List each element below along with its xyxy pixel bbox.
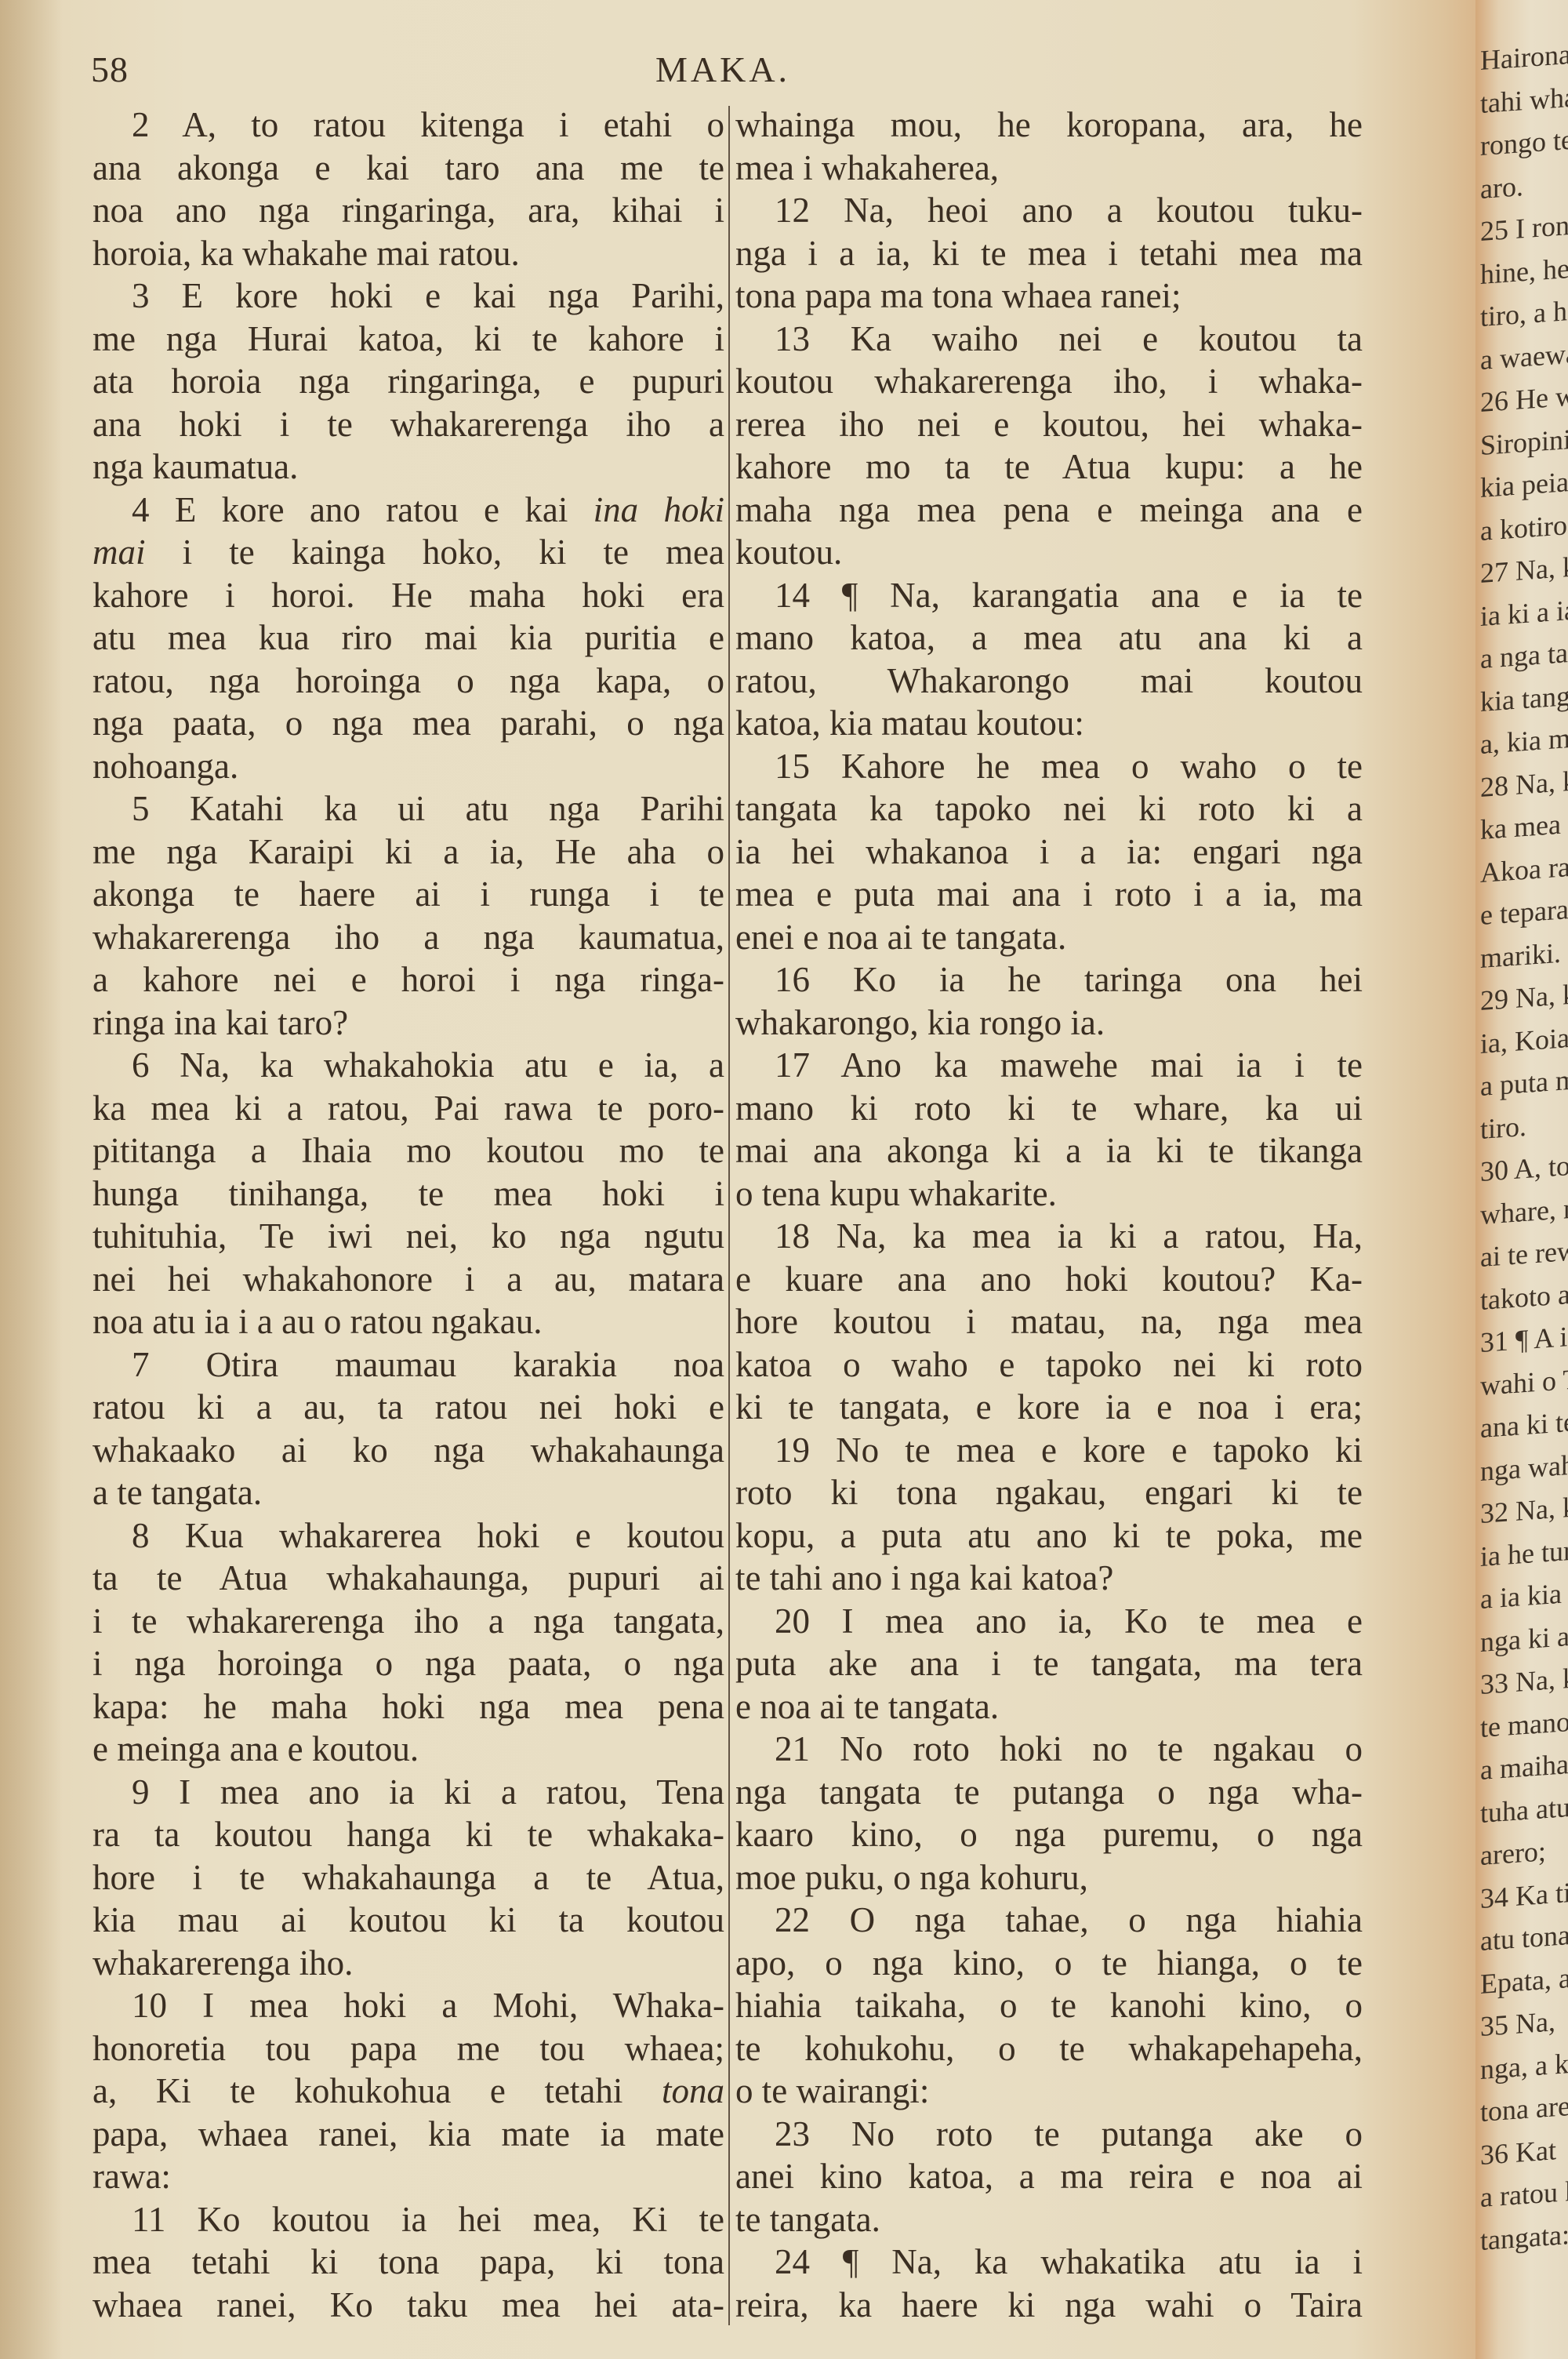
line-text: 3 E kore hoki e kai nga Parihi, <box>132 276 724 315</box>
text-line: 15 Kahore he mea o waho o te <box>735 745 1363 788</box>
text-line: whakarerenga iho a nga kaumatua, <box>93 916 724 959</box>
line-text: 24 ¶ Na, ka whakatika atu ia i <box>775 2242 1363 2281</box>
text-line: 19 No te mea e kore e tapoko ki <box>735 1429 1363 1472</box>
line-text: 5 Katahi ka ui atu nga Parihi <box>132 789 724 828</box>
text-line: 8 Kua whakarerea hoki e koutou <box>93 1514 724 1558</box>
text-line: 5 Katahi ka ui atu nga Parihi <box>93 787 724 831</box>
text-line: tuhituhia, Te iwi nei, ko nga ngutu <box>93 1215 724 1258</box>
right-text-column: whainga mou, he koropana, ara, hemea i w… <box>735 104 1363 2326</box>
line-text: 20 I mea ano ia, Ko te mea e <box>775 1601 1363 1641</box>
facing-page-line: Hairona, a t <box>1480 27 1568 82</box>
text-line: me nga Hurai katoa, ki te kahore i <box>93 318 724 361</box>
line-text: atu mea kua riro mai kia puritia e <box>93 618 724 657</box>
line-text: mai ana akonga ki a ia ki te tikanga <box>735 1131 1363 1170</box>
text-line: mai ana akonga ki a ia ki te tikanga <box>735 1129 1363 1172</box>
text-line: maha nga mea pena e meinga ana e <box>735 489 1363 532</box>
facing-page-edge: Hairona, a ttahi whare, krongo tetahi ta… <box>1475 0 1568 2359</box>
line-text: kopu, a puta atu ano ki te poka, me <box>735 1516 1363 1555</box>
line-text: ringa ina kai taro? <box>93 1003 348 1042</box>
line-text: akonga te haere ai i runga i te <box>93 874 724 914</box>
line-text: 13 Ka waiho nei e koutou ta <box>775 319 1363 358</box>
text-line: nei hei whakahonore i a au, matara <box>93 1258 724 1301</box>
line-text: a kahore nei e horoi i nga ringa- <box>93 960 724 999</box>
text-line: 9 I mea ano ia ki a ratou, Tena <box>93 1771 724 1814</box>
text-line: e noa ai te tangata. <box>735 1685 1363 1728</box>
text-line: 10 I mea hoki a Mohi, Whaka- <box>93 1984 724 2027</box>
text-line: a kahore nei e horoi i nga ringa- <box>93 958 724 1001</box>
line-text: ratou ki a au, ta ratou nei hoki e <box>93 1387 724 1427</box>
line-text: whaea ranei, Ko taku mea hei ata- <box>93 2285 724 2324</box>
text-line: katoa, kia matau koutou: <box>735 702 1363 745</box>
text-line: whakarongo, kia rongo ia. <box>735 1001 1363 1045</box>
line-text: te kohukohu, o te whakapehapeha, <box>735 2029 1363 2068</box>
text-line: i te whakarerenga iho a nga tangata, <box>93 1600 724 1643</box>
line-text: o te wairangi: <box>735 2071 929 2110</box>
page-gutter-shadow <box>0 0 63 2359</box>
text-line: tangata ka tapoko nei ki roto ki a <box>735 787 1363 831</box>
line-text: mea e puta mai ana i roto i a ia, ma <box>735 874 1363 914</box>
line-text: tangata ka tapoko nei ki roto ki a <box>735 789 1363 828</box>
line-text: 4 E kore ano ratou e kai <box>132 490 593 529</box>
line-text: honoretia tou papa me tou whaea; <box>93 2029 724 2068</box>
line-text: 15 Kahore he mea o waho o te <box>775 747 1363 786</box>
line-text: koutou whakarerenga iho, i whaka- <box>735 362 1363 401</box>
text-line: 12 Na, heoi ano a koutou tuku- <box>735 189 1363 232</box>
text-line: kahore mo ta te Atua kupu: a he <box>735 445 1363 489</box>
line-text: e meinga ana e koutou. <box>93 1729 419 1768</box>
text-line: rerea iho nei e koutou, hei whaka- <box>735 403 1363 446</box>
line-text: mea tetahi ki tona papa, ki tona <box>93 2242 724 2281</box>
text-line: anei kino katoa, a ma reira e noa ai <box>735 2155 1363 2198</box>
text-line: 7 Otira maumau karakia noa <box>93 1343 724 1387</box>
line-text: 10 I mea hoki a Mohi, Whaka- <box>132 1986 724 2025</box>
line-text: maha nga mea pena e meinga ana e <box>735 490 1363 529</box>
line-text: nga i a ia, ki te mea i tetahi mea ma <box>735 234 1363 273</box>
line-text: anei kino katoa, a ma reira e noa ai <box>735 2157 1363 2196</box>
text-line: koutou whakarerenga iho, i whaka- <box>735 360 1363 403</box>
line-text: 19 No te mea e kore e tapoko ki <box>775 1430 1363 1470</box>
line-text: 11 Ko koutou ia hei mea, Ki te <box>132 2200 724 2239</box>
line-text: hore koutou i matau, na, nga mea <box>735 1302 1363 1341</box>
text-line: nga tangata te putanga o nga wha- <box>735 1771 1363 1814</box>
line-text: 21 No roto hoki no te ngakau o <box>775 1729 1363 1768</box>
line-text: kahore mo ta te Atua kupu: a he <box>735 447 1363 486</box>
text-line: pititanga a Ihaia mo koutou mo te <box>93 1129 724 1172</box>
text-line: te tangata. <box>735 2198 1363 2241</box>
text-line: nga i a ia, ki te mea i tetahi mea ma <box>735 232 1363 275</box>
text-line: honoretia tou papa me tou whaea; <box>93 2027 724 2070</box>
italic-text: mai <box>93 533 146 572</box>
line-text: hiahia taikaha, o te kanohi kino, o <box>735 1986 1363 2025</box>
line-text: horoia, ka whakahe mai ratou. <box>93 234 520 273</box>
line-text: nga paata, o nga mea parahi, o nga <box>93 703 724 743</box>
text-line: hunga tinihanga, te mea hoki i <box>93 1172 724 1216</box>
line-text: katoa o waho e tapoko nei ki roto <box>735 1345 1363 1384</box>
text-line: hore koutou i matau, na, nga mea <box>735 1300 1363 1343</box>
line-text: hunga tinihanga, te mea hoki i <box>93 1174 724 1213</box>
line-text: nga kaumatua. <box>93 447 298 486</box>
text-line: 16 Ko ia he taringa ona hei <box>735 958 1363 1001</box>
text-line: papa, whaea ranei, kia mate ia mate <box>93 2113 724 2156</box>
line-text: a te tangata. <box>93 1473 262 1512</box>
line-text: i te kainga hoko, ki te mea <box>146 533 725 572</box>
line-text: tuhituhia, Te iwi nei, ko nga ngutu <box>93 1216 724 1256</box>
line-text: ki te tangata, e kore ia e noa i era; <box>735 1387 1363 1427</box>
text-line: ia hei whakanoa i a ia: engari nga <box>735 831 1363 874</box>
line-text: kia mau ai koutou ki ta koutou <box>93 1900 724 1939</box>
text-line: 4 E kore ano ratou e kai ina hoki <box>93 489 724 532</box>
line-text: enei e noa ai te tangata. <box>735 918 1066 957</box>
text-line: atu mea kua riro mai kia puritia e <box>93 616 724 660</box>
line-text: mea i whakaherea, <box>735 148 999 187</box>
line-text: 23 No roto te putanga ake o <box>775 2114 1363 2154</box>
text-line: nohoanga. <box>93 745 724 788</box>
text-line: reira, ka haere ki nga wahi o Taira <box>735 2284 1363 2327</box>
text-line: 6 Na, ka whakahokia atu e ia, a <box>93 1044 724 1087</box>
line-text: e kuare ana ano hoki koutou? Ka- <box>735 1259 1363 1299</box>
text-line: tona papa ma tona whaea ranei; <box>735 274 1363 318</box>
text-line: mai i te kainga hoko, ki te mea <box>93 531 724 574</box>
text-line: ratou, nga horoinga o nga kapa, o <box>93 660 724 703</box>
text-line: noa atu ia i a au o ratou ngakau. <box>93 1300 724 1343</box>
line-text: ka mea ki a ratou, Pai rawa te poro- <box>93 1089 724 1128</box>
line-text: 8 Kua whakarerea hoki e koutou <box>132 1516 724 1555</box>
left-text-column: 2 A, to ratou kitenga i etahi oana akong… <box>93 104 724 2326</box>
page-number: 58 <box>91 49 129 90</box>
text-line: kahore i horoi. He maha hoki era <box>93 574 724 617</box>
text-line: ana hoki i te whakarerenga iho a <box>93 403 724 446</box>
line-text: 17 Ano ka mawehe mai ia i te <box>775 1045 1363 1085</box>
line-text: koutou. <box>735 533 842 572</box>
book-page-58: 58 MAKA. 2 A, to ratou kitenga i etahi o… <box>0 0 1474 2359</box>
text-line: whakarerenga iho. <box>93 1942 724 1985</box>
line-text: 9 I mea ano ia ki a ratou, Tena <box>132 1772 724 1812</box>
line-text: whakarongo, kia rongo ia. <box>735 1003 1105 1042</box>
line-text: e noa ai te tangata. <box>735 1687 999 1726</box>
text-line: ta te Atua whakahaunga, pupuri ai <box>93 1557 724 1600</box>
italic-text: tona <box>662 2071 724 2110</box>
text-line: ata horoia nga ringaringa, e pupuri <box>93 360 724 403</box>
text-line: te kohukohu, o te whakapehapeha, <box>735 2027 1363 2070</box>
text-line: kapa: he maha hoki nga mea pena <box>93 1685 724 1728</box>
text-line: mano ki roto ki te whare, ka ui <box>735 1087 1363 1130</box>
line-text: ia hei whakanoa i a ia: engari nga <box>735 832 1363 871</box>
line-text: roto ki tona ngakau, engari ki te <box>735 1473 1363 1512</box>
line-text: nga tangata te putanga o nga wha- <box>735 1772 1363 1812</box>
text-line: ki te tangata, e kore ia e noa i era; <box>735 1386 1363 1429</box>
column-divider-rule <box>728 106 730 2325</box>
line-text: mano ki roto ki te whare, ka ui <box>735 1089 1363 1128</box>
text-line: 14 ¶ Na, karangatia ana e ia te <box>735 574 1363 617</box>
text-line: me nga Karaipi ki a ia, He aha o <box>93 831 724 874</box>
text-line: ra ta koutou hanga ki te whakaka- <box>93 1813 724 1856</box>
text-line: kia mau ai koutou ki ta koutou <box>93 1899 724 1942</box>
text-line: 24 ¶ Na, ka whakatika atu ia i <box>735 2241 1363 2284</box>
line-text: i nga horoinga o nga paata, o nga <box>93 1644 724 1683</box>
line-text: ata horoia nga ringaringa, e pupuri <box>93 362 724 401</box>
text-line: noa ano nga ringaringa, ara, kihai i <box>93 189 724 232</box>
text-line: nga paata, o nga mea parahi, o nga <box>93 702 724 745</box>
line-text: 12 Na, heoi ano a koutou tuku- <box>775 191 1363 230</box>
line-text: a, Ki te kohukohua e tetahi <box>93 2071 662 2110</box>
line-text: puta ake ana i te tangata, ma tera <box>735 1644 1363 1683</box>
line-text: mano katoa, a mea atu ana ki a <box>735 618 1363 657</box>
text-line: 11 Ko koutou ia hei mea, Ki te <box>93 2198 724 2241</box>
line-text: whakaako ai ko nga whakahaunga <box>93 1430 724 1470</box>
text-line: hiahia taikaha, o te kanohi kino, o <box>735 1984 1363 2027</box>
line-text: 22 O nga tahae, o nga hiahia <box>775 1900 1363 1939</box>
line-text: ratou, nga horoinga o nga kapa, o <box>93 661 724 700</box>
line-text: ana hoki i te whakarerenga iho a <box>93 405 724 444</box>
line-text: papa, whaea ranei, kia mate ia mate <box>93 2114 724 2154</box>
text-line: a, Ki te kohukohua e tetahi tona <box>93 2070 724 2113</box>
text-line: rawa: <box>93 2155 724 2198</box>
text-line: a te tangata. <box>93 1471 724 1514</box>
line-text: tona papa ma tona whaea ranei; <box>735 276 1181 315</box>
text-line: 13 Ka waiho nei e koutou ta <box>735 318 1363 361</box>
text-line: mea e puta mai ana i roto i a ia, ma <box>735 873 1363 916</box>
text-line: horoia, ka whakahe mai ratou. <box>93 232 724 275</box>
page-header: 58 MAKA. <box>91 49 1361 96</box>
text-line: apo, o nga kino, o te hianga, o te <box>735 1942 1363 1985</box>
text-line: ratou, Whakarongo mai koutou <box>735 660 1363 703</box>
line-text: kapa: he maha hoki nga mea pena <box>93 1687 724 1726</box>
line-text: noa ano nga ringaringa, ara, kihai i <box>93 191 724 230</box>
text-line: 3 E kore hoki e kai nga Parihi, <box>93 274 724 318</box>
line-text: te tahi ano i nga kai katoa? <box>735 1558 1113 1598</box>
text-line: 2 A, to ratou kitenga i etahi o <box>93 104 724 147</box>
line-text: katoa, kia matau koutou: <box>735 703 1084 743</box>
text-line: 21 No roto hoki no te ngakau o <box>735 1728 1363 1771</box>
line-text: 2 A, to ratou kitenga i etahi o <box>132 105 724 144</box>
line-text: nohoanga. <box>93 747 238 786</box>
line-text: noa atu ia i a au o ratou ngakau. <box>93 1302 543 1341</box>
text-line: kopu, a puta atu ano ki te poka, me <box>735 1514 1363 1558</box>
line-text: whainga mou, he koropana, ara, he <box>735 105 1363 144</box>
line-text: nei hei whakahonore i a au, matara <box>93 1259 724 1299</box>
text-line: ana akonga e kai taro ana me te <box>93 147 724 190</box>
running-head-title: MAKA. <box>655 49 790 90</box>
line-text: 18 Na, ka mea ia ki a ratou, Ha, <box>775 1216 1363 1256</box>
text-line: 23 No roto te putanga ake o <box>735 2113 1363 2156</box>
text-line: hore i te whakahaunga a te Atua, <box>93 1856 724 1899</box>
text-line: akonga te haere ai i runga i te <box>93 873 724 916</box>
text-line: i nga horoinga o nga paata, o nga <box>93 1642 724 1685</box>
line-text: o tena kupu whakarite. <box>735 1174 1057 1213</box>
text-line: whakaako ai ko nga whakahaunga <box>93 1429 724 1472</box>
line-text: me nga Hurai katoa, ki te kahore i <box>93 319 724 358</box>
facing-page-text-fragment: Hairona, a ttahi whare, krongo tetahi ta… <box>1480 27 1568 2262</box>
line-text: ra ta koutou hanga ki te whakaka- <box>93 1815 724 1854</box>
italic-text: ina hoki <box>593 490 724 529</box>
line-text: whakarerenga iho a nga kaumatua, <box>93 918 724 957</box>
line-text: i te whakarerenga iho a nga tangata, <box>93 1601 724 1641</box>
text-line: e kuare ana ano hoki koutou? Ka- <box>735 1258 1363 1301</box>
line-text: 6 Na, ka whakahokia atu e ia, a <box>132 1045 724 1085</box>
line-text: ratou, Whakarongo mai koutou <box>735 661 1363 700</box>
text-line: mea i whakaherea, <box>735 147 1363 190</box>
line-text: pititanga a Ihaia mo koutou mo te <box>93 1131 724 1170</box>
line-text: kaaro kino, o nga puremu, o nga <box>735 1815 1363 1854</box>
text-line: enei e noa ai te tangata. <box>735 916 1363 959</box>
line-text: ana akonga e kai taro ana me te <box>93 148 724 187</box>
line-text: hore i te whakahaunga a te Atua, <box>93 1858 724 1897</box>
text-line: o te wairangi: <box>735 2070 1363 2113</box>
text-line: nga kaumatua. <box>93 445 724 489</box>
text-line: o tena kupu whakarite. <box>735 1172 1363 1216</box>
text-line: e meinga ana e koutou. <box>93 1728 724 1771</box>
text-line: puta ake ana i te tangata, ma tera <box>735 1642 1363 1685</box>
text-line: te tahi ano i nga kai katoa? <box>735 1557 1363 1600</box>
line-text: apo, o nga kino, o te hianga, o te <box>735 1943 1363 1983</box>
text-line: 22 O nga tahae, o nga hiahia <box>735 1899 1363 1942</box>
line-text: 14 ¶ Na, karangatia ana e ia te <box>775 576 1363 615</box>
line-text: whakarerenga iho. <box>93 1943 353 1983</box>
text-line: ratou ki a au, ta ratou nei hoki e <box>93 1386 724 1429</box>
line-text: rerea iho nei e koutou, hei whaka- <box>735 405 1363 444</box>
line-text: 7 Otira maumau karakia noa <box>132 1345 724 1384</box>
text-line: 20 I mea ano ia, Ko te mea e <box>735 1600 1363 1643</box>
line-text: kahore i horoi. He maha hoki era <box>93 576 724 615</box>
line-text: 16 Ko ia he taringa ona hei <box>775 960 1363 999</box>
text-line: katoa o waho e tapoko nei ki roto <box>735 1343 1363 1387</box>
text-line: 18 Na, ka mea ia ki a ratou, Ha, <box>735 1215 1363 1258</box>
text-line: koutou. <box>735 531 1363 574</box>
line-text: moe puku, o nga kohuru, <box>735 1858 1088 1897</box>
text-line: mea tetahi ki tona papa, ki tona <box>93 2241 724 2284</box>
line-text: rawa: <box>93 2157 171 2196</box>
text-line: mano katoa, a mea atu ana ki a <box>735 616 1363 660</box>
line-text: ta te Atua whakahaunga, pupuri ai <box>93 1558 724 1598</box>
text-line: 17 Ano ka mawehe mai ia i te <box>735 1044 1363 1087</box>
text-line: whaea ranei, Ko taku mea hei ata- <box>93 2284 724 2327</box>
text-line: roto ki tona ngakau, engari ki te <box>735 1471 1363 1514</box>
line-text: te tangata. <box>735 2200 880 2239</box>
line-text: reira, ka haere ki nga wahi o Taira <box>735 2285 1363 2324</box>
text-line: whainga mou, he koropana, ara, he <box>735 104 1363 147</box>
text-line: ka mea ki a ratou, Pai rawa te poro- <box>93 1087 724 1130</box>
line-text: me nga Karaipi ki a ia, He aha o <box>93 832 724 871</box>
text-line: kaaro kino, o nga puremu, o nga <box>735 1813 1363 1856</box>
text-line: moe puku, o nga kohuru, <box>735 1856 1363 1899</box>
text-line: ringa ina kai taro? <box>93 1001 724 1045</box>
